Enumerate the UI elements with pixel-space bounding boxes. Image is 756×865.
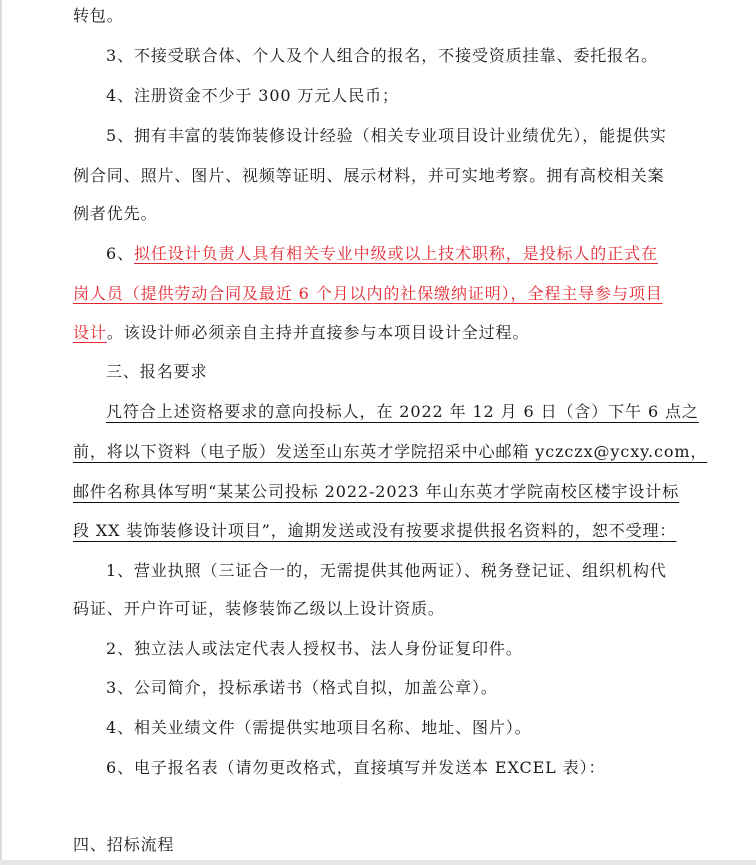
paragraph-line: 例合同、照片、图片、视频等证明、展示材料，并可实地考察。拥有高校相关案 — [73, 164, 693, 188]
underlined-paragraph-line: 前，将以下资料（电子版）发送至山东英才学院招采中心邮箱 yczczx@ycxy.… — [73, 440, 693, 464]
requirement-item-6: 6、拟任设计负责人具有相关专业中级或以上技术职称，是投标人的正式在 — [106, 242, 726, 266]
highlighted-text: 拟任设计负责人具有相关专业中级或以上技术职称，是投标人的正式在 — [134, 244, 658, 263]
underlined-paragraph-line: 邮件名称具体写明“某某公司投标 2022-2023 年山东英才学院南校区楼宇设计… — [73, 480, 693, 504]
material-item-4: 4、相关业绩文件（需提供实地项目名称、地址、图片）。 — [106, 716, 726, 740]
material-item-6: 6、电子报名表（请勿更改格式，直接填写并发送本 EXCEL 表）： — [106, 756, 726, 780]
material-item-1: 1、营业执照（三证合一的，无需提供其他两证）、税务登记证、组织机构代 — [106, 559, 726, 583]
highlighted-text: 设计 — [73, 323, 107, 342]
requirement-item-4: 4、注册资金不少于 300 万元人民币； — [106, 84, 726, 108]
material-item-3: 3、公司简介，投标承诺书（格式自拟，加盖公章）。 — [106, 676, 726, 700]
underlined-paragraph-line: 凡符合上述资格要求的意向投标人，在 2022 年 12 月 6 日（含）下午 6… — [106, 400, 726, 424]
requirement-item-5: 5、拥有丰富的装饰装修设计经验（相关专业项目设计业绩优先），能提供实 — [106, 124, 726, 148]
highlighted-text: 岗人员（提供劳动合同及最近 6 个月以内的社保缴纳证明），全程主导参与项目 — [73, 284, 663, 303]
section-heading-process: 四、招标流程 — [73, 833, 693, 857]
page-bottom-border — [0, 860, 756, 865]
paragraph-line: 设计。该设计师必须亲自主持并直接参与本项目设计全过程。 — [73, 321, 693, 345]
material-item-2: 2、独立法人或法定代表人授权书、法人身份证复印件。 — [106, 637, 726, 661]
paragraph-line: 例者优先。 — [73, 202, 693, 226]
plain-text: 。该设计师必须亲自主持并直接参与本项目设计全过程。 — [107, 323, 530, 342]
paragraph-line: 转包。 — [73, 4, 693, 28]
section-heading-registration: 三、报名要求 — [106, 360, 726, 384]
underlined-paragraph-line: 段 XX 装饰装修设计项目”，逾期发送或没有按要求提供报名资料的，恕不受理： — [73, 519, 693, 543]
document-page: 转包。 3、不接受联合体、个人及个人组合的报名，不接受资质挂靠、委托报名。 4、… — [0, 0, 756, 860]
requirement-item-3: 3、不接受联合体、个人及个人组合的报名，不接受资质挂靠、委托报名。 — [106, 44, 726, 68]
paragraph-line: 岗人员（提供劳动合同及最近 6 个月以内的社保缴纳证明），全程主导参与项目 — [73, 282, 693, 306]
item-number: 6、 — [106, 244, 134, 263]
paragraph-line: 码证、开户许可证，装修装饰乙级以上设计资质。 — [73, 597, 693, 621]
